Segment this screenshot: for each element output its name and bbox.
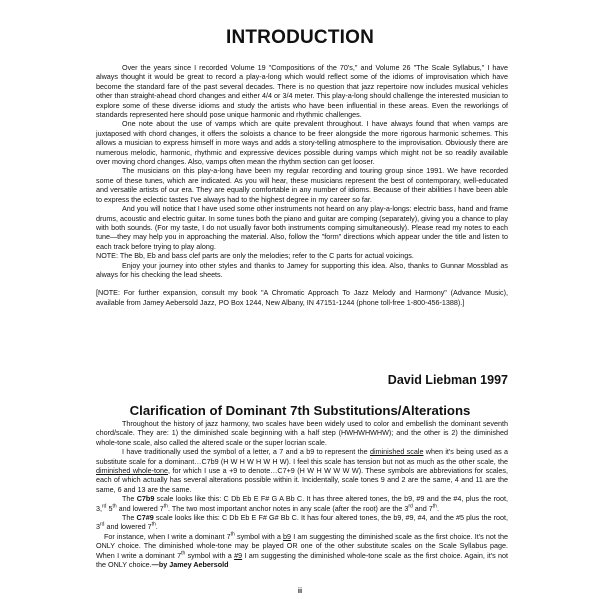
clarification-paragraph: The C7#9 scale looks like this: C Db Eb … [96, 513, 508, 532]
underlined-term: #9 [234, 551, 242, 560]
clarification-title: Clarification of Dominant 7th Substituti… [0, 403, 600, 418]
clarification-paragraph: I have traditionally used the symbol of … [96, 447, 508, 494]
intro-paragraph: One note about the use of vamps which ar… [96, 119, 508, 166]
scale-name: C7#9 [137, 513, 154, 522]
intro-note-line: NOTE: The Bb, Eb and bass clef parts are… [96, 251, 508, 260]
author-credit: —by Jamey Aebersold [152, 560, 229, 569]
underlined-term: diminished scale [370, 447, 423, 456]
document-page: INTRODUCTION Over the years since I reco… [0, 0, 600, 600]
clarification-paragraph: For instance, when I write a dominant 7t… [96, 532, 508, 570]
signature: David Liebman 1997 [0, 373, 508, 387]
page-number: ii [0, 586, 600, 595]
underlined-term: diminished whole-tone [96, 466, 168, 475]
clarification-body: Throughout the history of jazz harmony, … [96, 419, 508, 570]
clarification-paragraph: Throughout the history of jazz harmony, … [96, 419, 508, 447]
intro-paragraph: Enjoy your journey into other styles and… [96, 261, 508, 280]
scale-name: C7b9 [137, 494, 155, 503]
introduction-title: INTRODUCTION [0, 27, 600, 49]
underlined-term: b9 [283, 532, 291, 541]
intro-paragraph: And you will notice that I have used som… [96, 204, 508, 251]
bracket-note: [NOTE: For further expansion, consult my… [96, 288, 508, 307]
intro-paragraph: The musicians on this play-a-long have b… [96, 166, 508, 204]
intro-paragraph: Over the years since I recorded Volume 1… [96, 63, 508, 119]
clarification-paragraph: The C7b9 scale looks like this: C Db Eb … [96, 494, 508, 513]
introduction-body: Over the years since I recorded Volume 1… [96, 63, 508, 307]
